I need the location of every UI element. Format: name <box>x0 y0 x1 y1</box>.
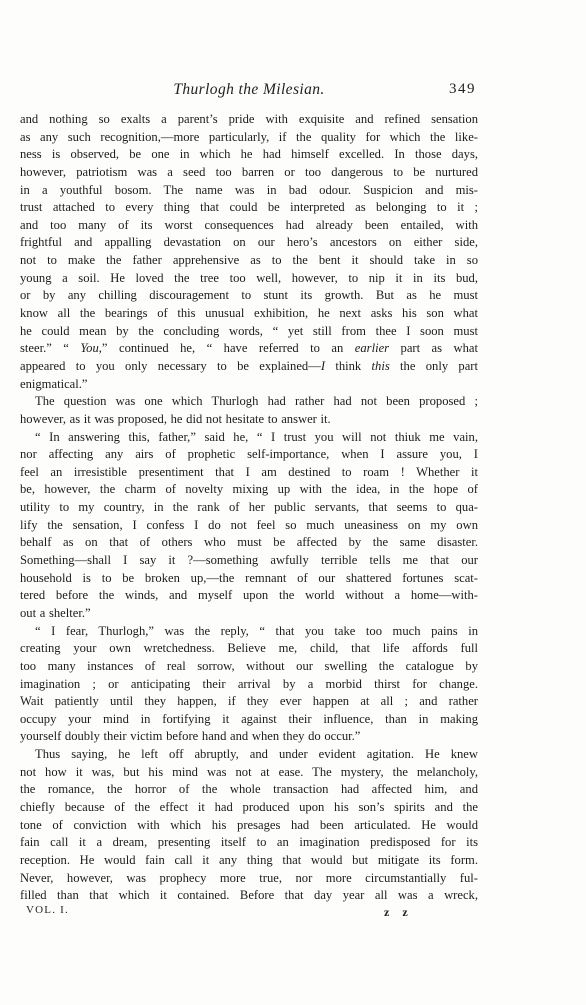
paragraph: The question was one which Thurlogh had … <box>20 393 478 428</box>
text-line: he could mean by the concluding words, “… <box>20 323 478 341</box>
text-line: The question was one which Thurlogh had … <box>20 393 478 411</box>
text-line: be, however, the charm of novelty mixing… <box>20 481 478 499</box>
text-line: creating your own wretchedness. Believe … <box>20 640 478 658</box>
text-line: and too many of its worst consequences h… <box>20 217 478 235</box>
text-line: household is to be broken up,—the remnan… <box>20 570 478 588</box>
text-line: fain call it a dream, presenting itself … <box>20 834 478 852</box>
text-line: yourself doubly their victim before hand… <box>20 728 478 746</box>
text-line: occupy your mind in fortifying it agains… <box>20 711 478 729</box>
text-line: Never, however, was prophecy more true, … <box>20 870 478 888</box>
text-line: filled than that which it contained. Bef… <box>20 887 478 905</box>
text-line: out a shelter.” <box>20 605 478 623</box>
text-line: and nothing so exalts a parent’s pride w… <box>20 111 478 129</box>
paragraph: “ I fear, Thurlogh,” was the reply, “ th… <box>20 623 478 746</box>
text-line: reception. He would fain call it any thi… <box>20 852 478 870</box>
text-line: “ I fear, Thurlogh,” was the reply, “ th… <box>20 623 478 641</box>
text-line: utility to my country, in the rank of he… <box>20 499 478 517</box>
text-line: however, patriotism was a seed too barre… <box>20 164 478 182</box>
text-line: frightful and appalling devastation on o… <box>20 234 478 252</box>
text-line: steer.” “ You,” continued he, “ have ref… <box>20 340 478 358</box>
text-line: enigmatical.” <box>20 376 478 394</box>
text-line: imagination ; or anticipating their arri… <box>20 676 478 694</box>
page-number: 349 <box>449 81 476 98</box>
text-line: tered before the winds, and myself upon … <box>20 587 478 605</box>
body-text: and nothing so exalts a parent’s pride w… <box>20 111 478 905</box>
text-line: the romance, the horror of the whole tra… <box>20 781 478 799</box>
text-line: feel an irresistible presentiment that I… <box>20 464 478 482</box>
running-header: Thurlogh the Milesian. 349 <box>20 81 478 103</box>
text-line: not how it was, but his mind was not at … <box>20 764 478 782</box>
text-line: lify the sensation, I confess I do not f… <box>20 517 478 535</box>
text-line: chiefly because of the effect it had pro… <box>20 799 478 817</box>
footer-signature-mark: z z <box>384 905 413 920</box>
text-line: trust attached to every thing that could… <box>20 199 478 217</box>
text-line: not to make the father apprehensive as t… <box>20 252 478 270</box>
paragraph: and nothing so exalts a parent’s pride w… <box>20 111 478 393</box>
text-line: behalf as on that of others who must be … <box>20 534 478 552</box>
text-line: as any such recognition,—more particular… <box>20 129 478 147</box>
text-line: tone of conviction with which his presag… <box>20 817 478 835</box>
text-line: nor affecting any airs of prophetic self… <box>20 446 478 464</box>
text-line: ness is observed, be one in which he had… <box>20 146 478 164</box>
text-line: in a youthful bosom. The name was in bad… <box>20 182 478 200</box>
footer-volume-label: VOL. I. <box>26 904 69 916</box>
text-line: however, as it was proposed, he did not … <box>20 411 478 429</box>
text-line: too many instances of real sorrow, witho… <box>20 658 478 676</box>
text-line: Thus saying, he left off abruptly, and u… <box>20 746 478 764</box>
text-line: Wait patiently until they happen, if the… <box>20 693 478 711</box>
book-page: Thurlogh the Milesian. 349 and nothing s… <box>0 0 586 1005</box>
text-line: know all the bearings of this unusual ex… <box>20 305 478 323</box>
text-line: “ In answering this, father,” said he, “… <box>20 429 478 447</box>
running-title: Thurlogh the Milesian. <box>20 81 478 99</box>
text-line: or by any chilling discouragement to stu… <box>20 287 478 305</box>
paragraph: “ In answering this, father,” said he, “… <box>20 429 478 623</box>
paragraph: Thus saying, he left off abruptly, and u… <box>20 746 478 905</box>
text-line: young a soil. He loved the tree too well… <box>20 270 478 288</box>
text-line: Something—shall I say it ?—something awf… <box>20 552 478 570</box>
text-line: appeared to you only necessary to be exp… <box>20 358 478 376</box>
